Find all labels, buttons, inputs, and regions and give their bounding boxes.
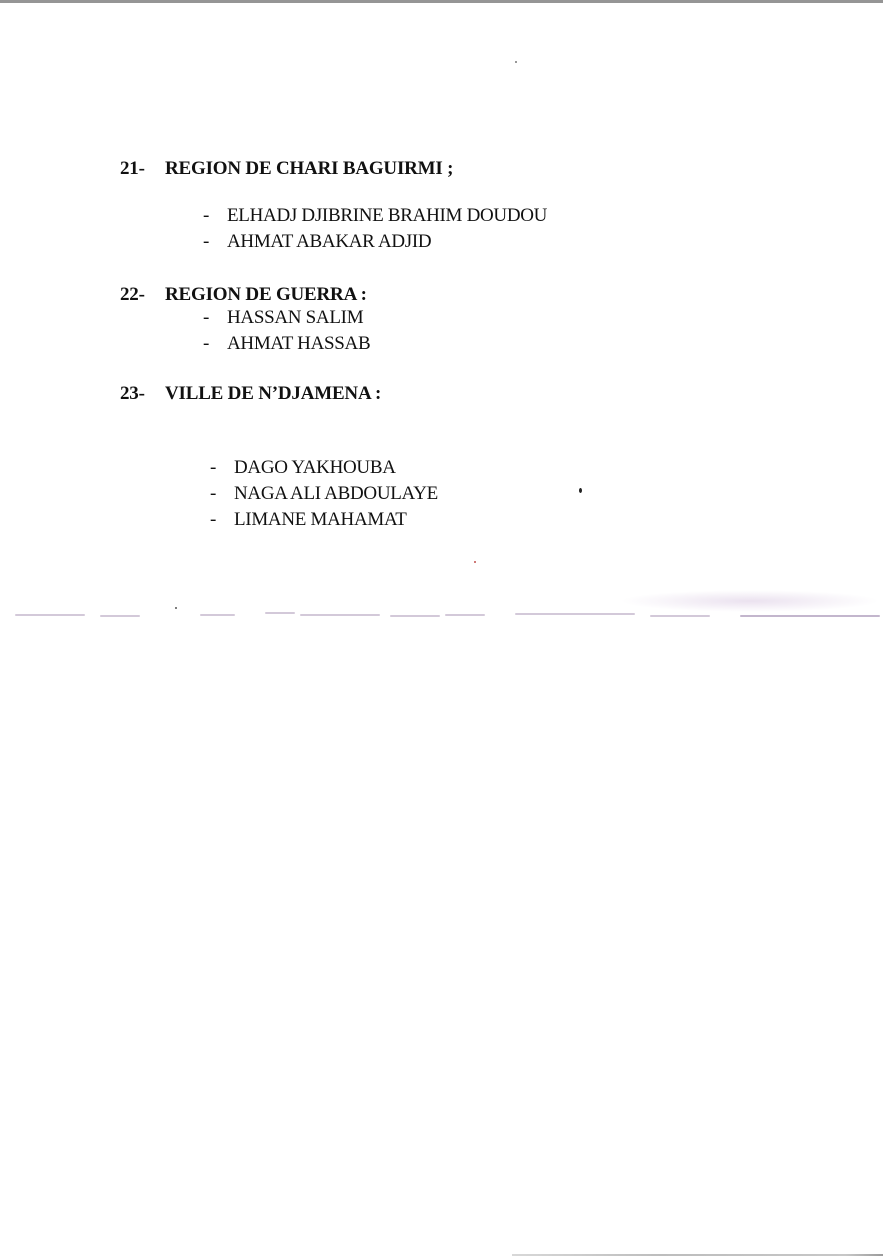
- ink-speck: [579, 488, 582, 493]
- section-number: 21-: [120, 158, 165, 180]
- section-title: REGION DE CHARI BAGUIRMI ;: [165, 158, 453, 179]
- section-number: 23-: [120, 383, 165, 405]
- bullet-dash: -: [203, 331, 227, 357]
- member-list-23: -DAGO YAKHOUBA -NAGA ALI ABDOULAYE -LIMA…: [210, 455, 438, 533]
- bullet-dash: -: [203, 305, 227, 331]
- bullet-dash: -: [210, 481, 234, 507]
- member-name: LIMANE MAHAMAT: [234, 509, 407, 530]
- bullet-dash: -: [203, 203, 227, 229]
- ink-speck: [515, 61, 517, 63]
- bullet-dash: -: [203, 229, 227, 255]
- section-title: VILLE DE N’DJAMENA :: [165, 383, 381, 404]
- bullet-dash: -: [210, 507, 234, 533]
- member-list-21: -ELHADJ DJIBRINE BRAHIM DOUDOU -AHMAT AB…: [203, 203, 547, 255]
- member-name: DAGO YAKHOUBA: [234, 457, 396, 478]
- list-item: -ELHADJ DJIBRINE BRAHIM DOUDOU: [203, 203, 547, 229]
- paper-fold-line: [0, 608, 883, 622]
- scan-top-edge: [0, 0, 883, 3]
- section-heading-23: 23-VILLE DE N’DJAMENA :: [120, 383, 381, 405]
- list-item: -AHMAT HASSAB: [203, 331, 370, 357]
- list-item: -DAGO YAKHOUBA: [210, 455, 438, 481]
- member-name: HASSAN SALIM: [227, 307, 363, 328]
- ink-speck: [474, 561, 476, 563]
- section-heading-22: 22-REGION DE GUERRA :: [120, 284, 367, 306]
- member-name: AHMAT HASSAB: [227, 333, 370, 354]
- section-heading-21: 21-REGION DE CHARI BAGUIRMI ;: [120, 158, 453, 180]
- list-item: -LIMANE MAHAMAT: [210, 507, 438, 533]
- member-name: ELHADJ DJIBRINE BRAHIM DOUDOU: [227, 205, 547, 226]
- member-name: NAGA ALI ABDOULAYE: [234, 483, 438, 504]
- list-item: -NAGA ALI ABDOULAYE: [210, 481, 438, 507]
- list-item: -AHMAT ABAKAR ADJID: [203, 229, 547, 255]
- member-list-22: -HASSAN SALIM -AHMAT HASSAB: [203, 305, 370, 357]
- list-item: -HASSAN SALIM: [203, 305, 370, 331]
- section-number: 22-: [120, 284, 165, 306]
- scan-bottom-edge: [512, 1254, 883, 1256]
- section-title: REGION DE GUERRA :: [165, 284, 367, 305]
- bullet-dash: -: [210, 455, 234, 481]
- member-name: AHMAT ABAKAR ADJID: [227, 231, 431, 252]
